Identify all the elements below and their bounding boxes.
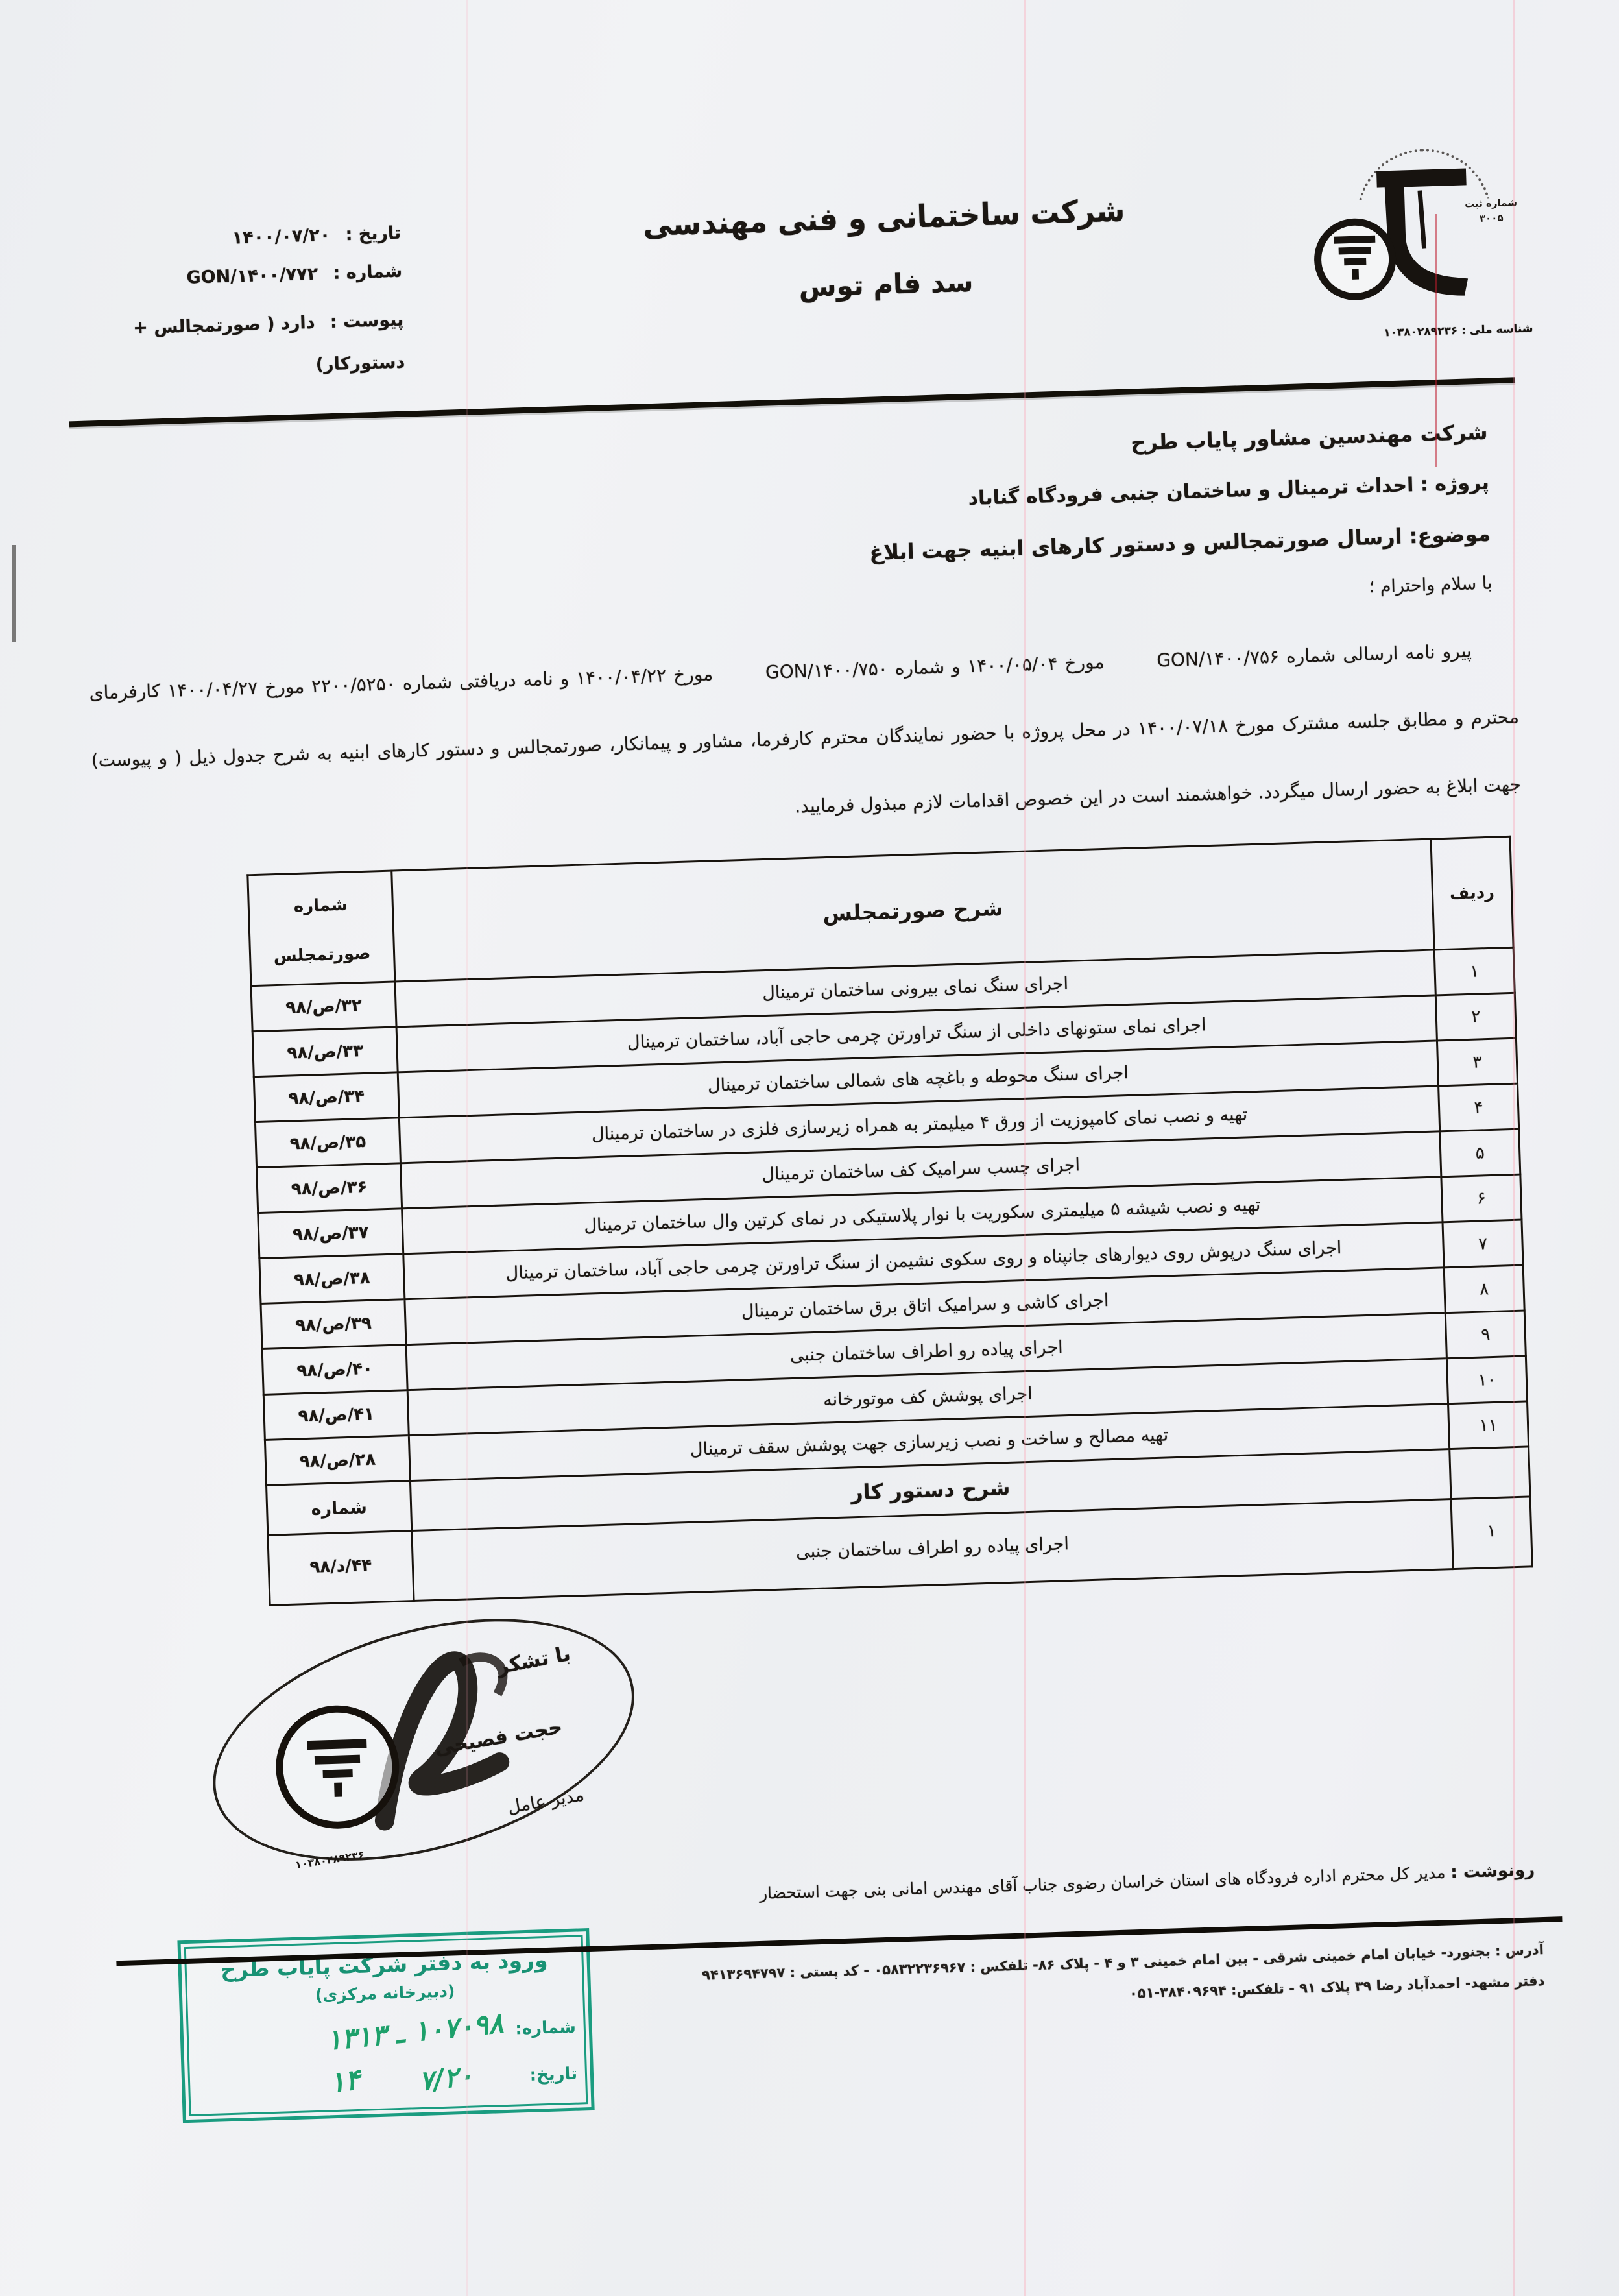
col-header-minutes-number: شماره صورتمجلس <box>248 871 395 986</box>
company-title-block: شرکت ساختمانی و فنی مهندسی سد فام توس <box>477 131 1295 402</box>
row-index: ۹ <box>1445 1311 1526 1359</box>
scanned-letter-page: شماره ثبت ۳۰۰۵ شناسه ملی : ۱۰۳۸۰۲۸۹۲۳۶ ش… <box>0 0 1619 2296</box>
row-minutes-number: ۹۸/ص/۳۶ <box>291 1177 367 1199</box>
row-minutes-number: ۹۸/ص/۳۵ <box>289 1131 366 1154</box>
entry-stamp-date-label: تاریخ: <box>529 2064 577 2085</box>
letter-date-row: تاریخ : ۱۴۰۰/۰۷/۲۰ <box>64 223 402 254</box>
body-ref2: GON/۱۴۰۰/۷۵۰ <box>719 635 889 708</box>
letter-meta-block: تاریخ : ۱۴۰۰/۰۷/۲۰ شماره : GON/۱۴۰۰/۷۷۲ … <box>62 156 484 415</box>
work-order-empty-cell <box>1450 1447 1530 1499</box>
col-header-number-line1: شماره <box>257 894 384 917</box>
row-index: ۱۰ <box>1446 1356 1527 1404</box>
row-index: ۴ <box>1439 1083 1519 1131</box>
row-minutes-number: ۹۸/ص/۲۸ <box>299 1449 376 1471</box>
dam-bar <box>322 1769 352 1778</box>
row-index: ۸ <box>1444 1265 1524 1313</box>
body-seg2: مورخ ۱۴۰۰/۰۵/۰۴ و شماره <box>887 651 1112 680</box>
row-minutes-number: ۹۸/ص/۳۳ <box>287 1041 363 1063</box>
date-label: تاریخ : <box>345 223 402 245</box>
dam-bar <box>1352 269 1359 280</box>
letter-body-paragraph: پیرو نامه ارسالی شماره GON/۱۴۰۰/۷۵۶ مورخ… <box>88 616 1522 862</box>
number-label: شماره : <box>333 261 402 284</box>
letter-number-row: شماره : GON/۱۴۰۰/۷۷۲ <box>65 261 403 292</box>
minutes-table: ردیف شرح صورتمجلس شماره صورتمجلس ۱ اجرای… <box>246 836 1533 1606</box>
col-header-row-number: ردیف <box>1431 836 1513 950</box>
row-index: ۳ <box>1437 1038 1517 1086</box>
signature-zone: با تشکر حجت فصیحی مدیر عامل ۱۰۳۸۰۲۸۹۲۳۶ <box>106 1590 1561 1903</box>
entry-stamp-date-handwritten: ۷/۲۰ <box>417 2059 474 2097</box>
dam-bar <box>334 1783 342 1797</box>
entry-stamp-date-row: تاریخ: ۷/۲۰ ۱۴ <box>197 2057 577 2102</box>
recipient-block: شرکت مهندسین مشاور پایاب طرح پروژه : احد… <box>71 420 1493 637</box>
date-value: ۱۴۰۰/۰۷/۲۰ <box>232 225 330 248</box>
registration-value: ۳۰۰۵ <box>1480 211 1504 224</box>
row-index: ۷ <box>1443 1220 1523 1268</box>
work-order-number-label: شماره <box>267 1481 412 1536</box>
row-minutes-number: ۹۸/ص/۳۹ <box>295 1313 372 1335</box>
row-minutes-number: ۹۸/ص/۳۴ <box>288 1086 365 1108</box>
letter-sheet: شماره ثبت ۳۰۰۵ شناسه ملی : ۱۰۳۸۰۲۸۹۲۳۶ ش… <box>62 124 1565 2046</box>
row-minutes-number: ۹۸/ص/۳۲ <box>285 996 362 1018</box>
dam-bar <box>307 1739 366 1750</box>
row-minutes-number: ۹۸/ص/۳۸ <box>294 1268 370 1290</box>
letterhead: شماره ثبت ۳۰۰۵ شناسه ملی : ۱۰۳۸۰۲۸۹۲۳۶ ش… <box>62 124 1515 415</box>
row-minutes-number: ۹۸/ص/۴۱ <box>298 1404 374 1426</box>
company-name-line1: شرکت ساختمانی و فنی مهندسی <box>478 187 1289 248</box>
company-logo-block: شماره ثبت ۳۰۰۵ شناسه ملی : ۱۰۳۸۰۲۸۹۲۳۶ <box>1287 124 1515 377</box>
company-name-line2: سد فام توس <box>481 256 1292 313</box>
row-index: ۲ <box>1435 993 1516 1041</box>
letter-attachment-row: پیوست : دارد ( صورتمجالس + دستورکار) <box>99 300 406 393</box>
dam-bar <box>1334 236 1375 244</box>
row-index: ۶ <box>1441 1174 1522 1222</box>
entry-stamp-year-handwritten: ۱۴ <box>328 2062 363 2099</box>
row-index: ۱ <box>1451 1497 1532 1569</box>
body-seg1: پیرو نامه ارسالی شماره <box>1279 640 1472 668</box>
copy-note-label: رونوشت : <box>1450 1860 1535 1882</box>
row-index: ۱۱ <box>1448 1401 1529 1449</box>
dam-bar <box>1344 258 1366 265</box>
row-index: ۵ <box>1440 1129 1520 1177</box>
row-index: ۱ <box>1434 947 1515 995</box>
dam-bar <box>1339 247 1371 255</box>
col-header-number-line2: صورتمجلس <box>259 943 386 967</box>
attachment-label: پیوست : <box>330 310 403 332</box>
row-minutes-number: ۹۸/ص/۴۰ <box>296 1359 373 1381</box>
dam-bar <box>315 1755 360 1765</box>
row-minutes-number: ۹۸/ص/۳۷ <box>293 1222 369 1244</box>
company-logo-icon: شماره ثبت ۳۰۰۵ <box>1320 151 1507 318</box>
body-ref1: GON/۱۴۰۰/۷۵۶ <box>1110 623 1280 696</box>
national-id: شناسه ملی : ۱۰۳۸۰۲۸۹۲۳۶ <box>1293 322 1533 342</box>
scan-artifact-mark <box>12 545 16 642</box>
row-order-number: ۹۸/د/۴۴ <box>309 1555 372 1577</box>
number-value: GON/۱۴۰۰/۷۷۲ <box>186 264 318 288</box>
